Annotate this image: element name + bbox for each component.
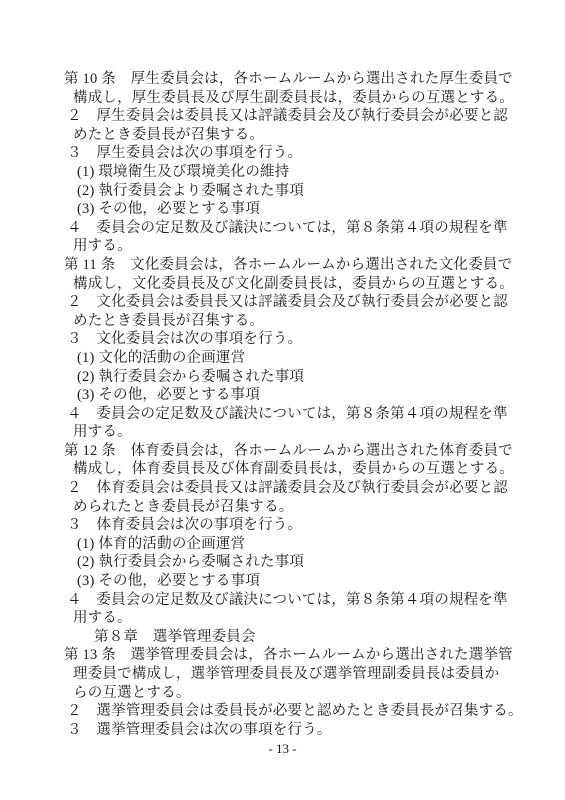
document-line: 構成し，厚生委員長及び厚生副委員長は，委員からの互選とする。 bbox=[64, 89, 545, 108]
document-line: めたとき委員長が召集する。 bbox=[64, 312, 545, 331]
document-line: ３ 文化委員会は次の事項を行う。 bbox=[64, 330, 545, 349]
document-line: (3) その他，必要とする事項 bbox=[64, 386, 545, 405]
document-line: ２ 文化委員会は委員長又は評議委員会及び執行委員会が必要と認 bbox=[64, 293, 545, 312]
document-line: ４ 委員会の定足数及び議決については，第８条第４項の規程を準 bbox=[64, 219, 545, 238]
document-line: ４ 委員会の定足数及び議決については，第８条第４項の規程を準 bbox=[64, 405, 545, 424]
document-line: 第 12 条 体育委員会は，各ホームルームから選出された体育委員で bbox=[64, 442, 545, 461]
document-line: (3) その他，必要とする事項 bbox=[64, 572, 545, 591]
document-line: (2) 執行委員会から委嘱された事項 bbox=[64, 553, 545, 572]
document-line: 用する。 bbox=[64, 237, 545, 256]
document-line: ３ 選挙管理委員会は次の事項を行う。 bbox=[64, 721, 545, 740]
document-line: 第 11 条 文化委員会は，各ホームルームから選出された文化委員で bbox=[64, 256, 545, 275]
document-body: 第 10 条 厚生委員会は，各ホームルームから選出された厚生委員で構成し，厚生委… bbox=[64, 70, 545, 739]
document-line: められたとき委員長が召集する。 bbox=[64, 498, 545, 517]
document-line: (1) 環境衛生及び環境美化の維持 bbox=[64, 163, 545, 182]
document-line: (3) その他，必要とする事項 bbox=[64, 200, 545, 219]
document-line: 理委員で構成し，選挙管理委員長及び選挙管理副委員長は委員か bbox=[64, 665, 545, 684]
document-line: ３ 体育委員会は次の事項を行う。 bbox=[64, 516, 545, 535]
document-line: ３ 厚生委員会は次の事項を行う。 bbox=[64, 144, 545, 163]
document-line: 構成し，文化委員長及び文化副委員長は，委員からの互選とする。 bbox=[64, 275, 545, 294]
document-page: 第 10 条 厚生委員会は，各ホームルームから選出された厚生委員で構成し，厚生委… bbox=[0, 0, 565, 800]
document-line: ４ 委員会の定足数及び議決については，第８条第４項の規程を準 bbox=[64, 591, 545, 610]
document-line: (1) 文化的活動の企画運営 bbox=[64, 349, 545, 368]
page-number: - 13 - bbox=[0, 741, 565, 757]
document-line: 第 13 条 選挙管理委員会は，各ホームルームから選出された選挙管 bbox=[64, 646, 545, 665]
document-line: ２ 体育委員会は委員長又は評議委員会及び執行委員会が必要と認 bbox=[64, 479, 545, 498]
document-line: 構成し，体育委員長及び体育副委員長は，委員からの互選とする。 bbox=[64, 460, 545, 479]
document-line: らの互選とする。 bbox=[64, 684, 545, 703]
document-line: (1) 体育的活動の企画運営 bbox=[64, 535, 545, 554]
document-line: 用する。 bbox=[64, 609, 545, 628]
document-line: 第 10 条 厚生委員会は，各ホームルームから選出された厚生委員で bbox=[64, 70, 545, 89]
document-line: ２ 選挙管理委員会は委員長が必要と認めたとき委員長が召集する。 bbox=[64, 702, 545, 721]
document-line: (2) 執行委員会より委嘱された事項 bbox=[64, 182, 545, 201]
document-line: めたとき委員長が召集する。 bbox=[64, 126, 545, 145]
document-line: (2) 執行委員会から委嘱された事項 bbox=[64, 368, 545, 387]
document-line: 用する。 bbox=[64, 423, 545, 442]
document-line: ２ 厚生委員会は委員長又は評議委員会及び執行委員会が必要と認 bbox=[64, 107, 545, 126]
document-line: 第８章 選挙管理委員会 bbox=[64, 628, 545, 647]
